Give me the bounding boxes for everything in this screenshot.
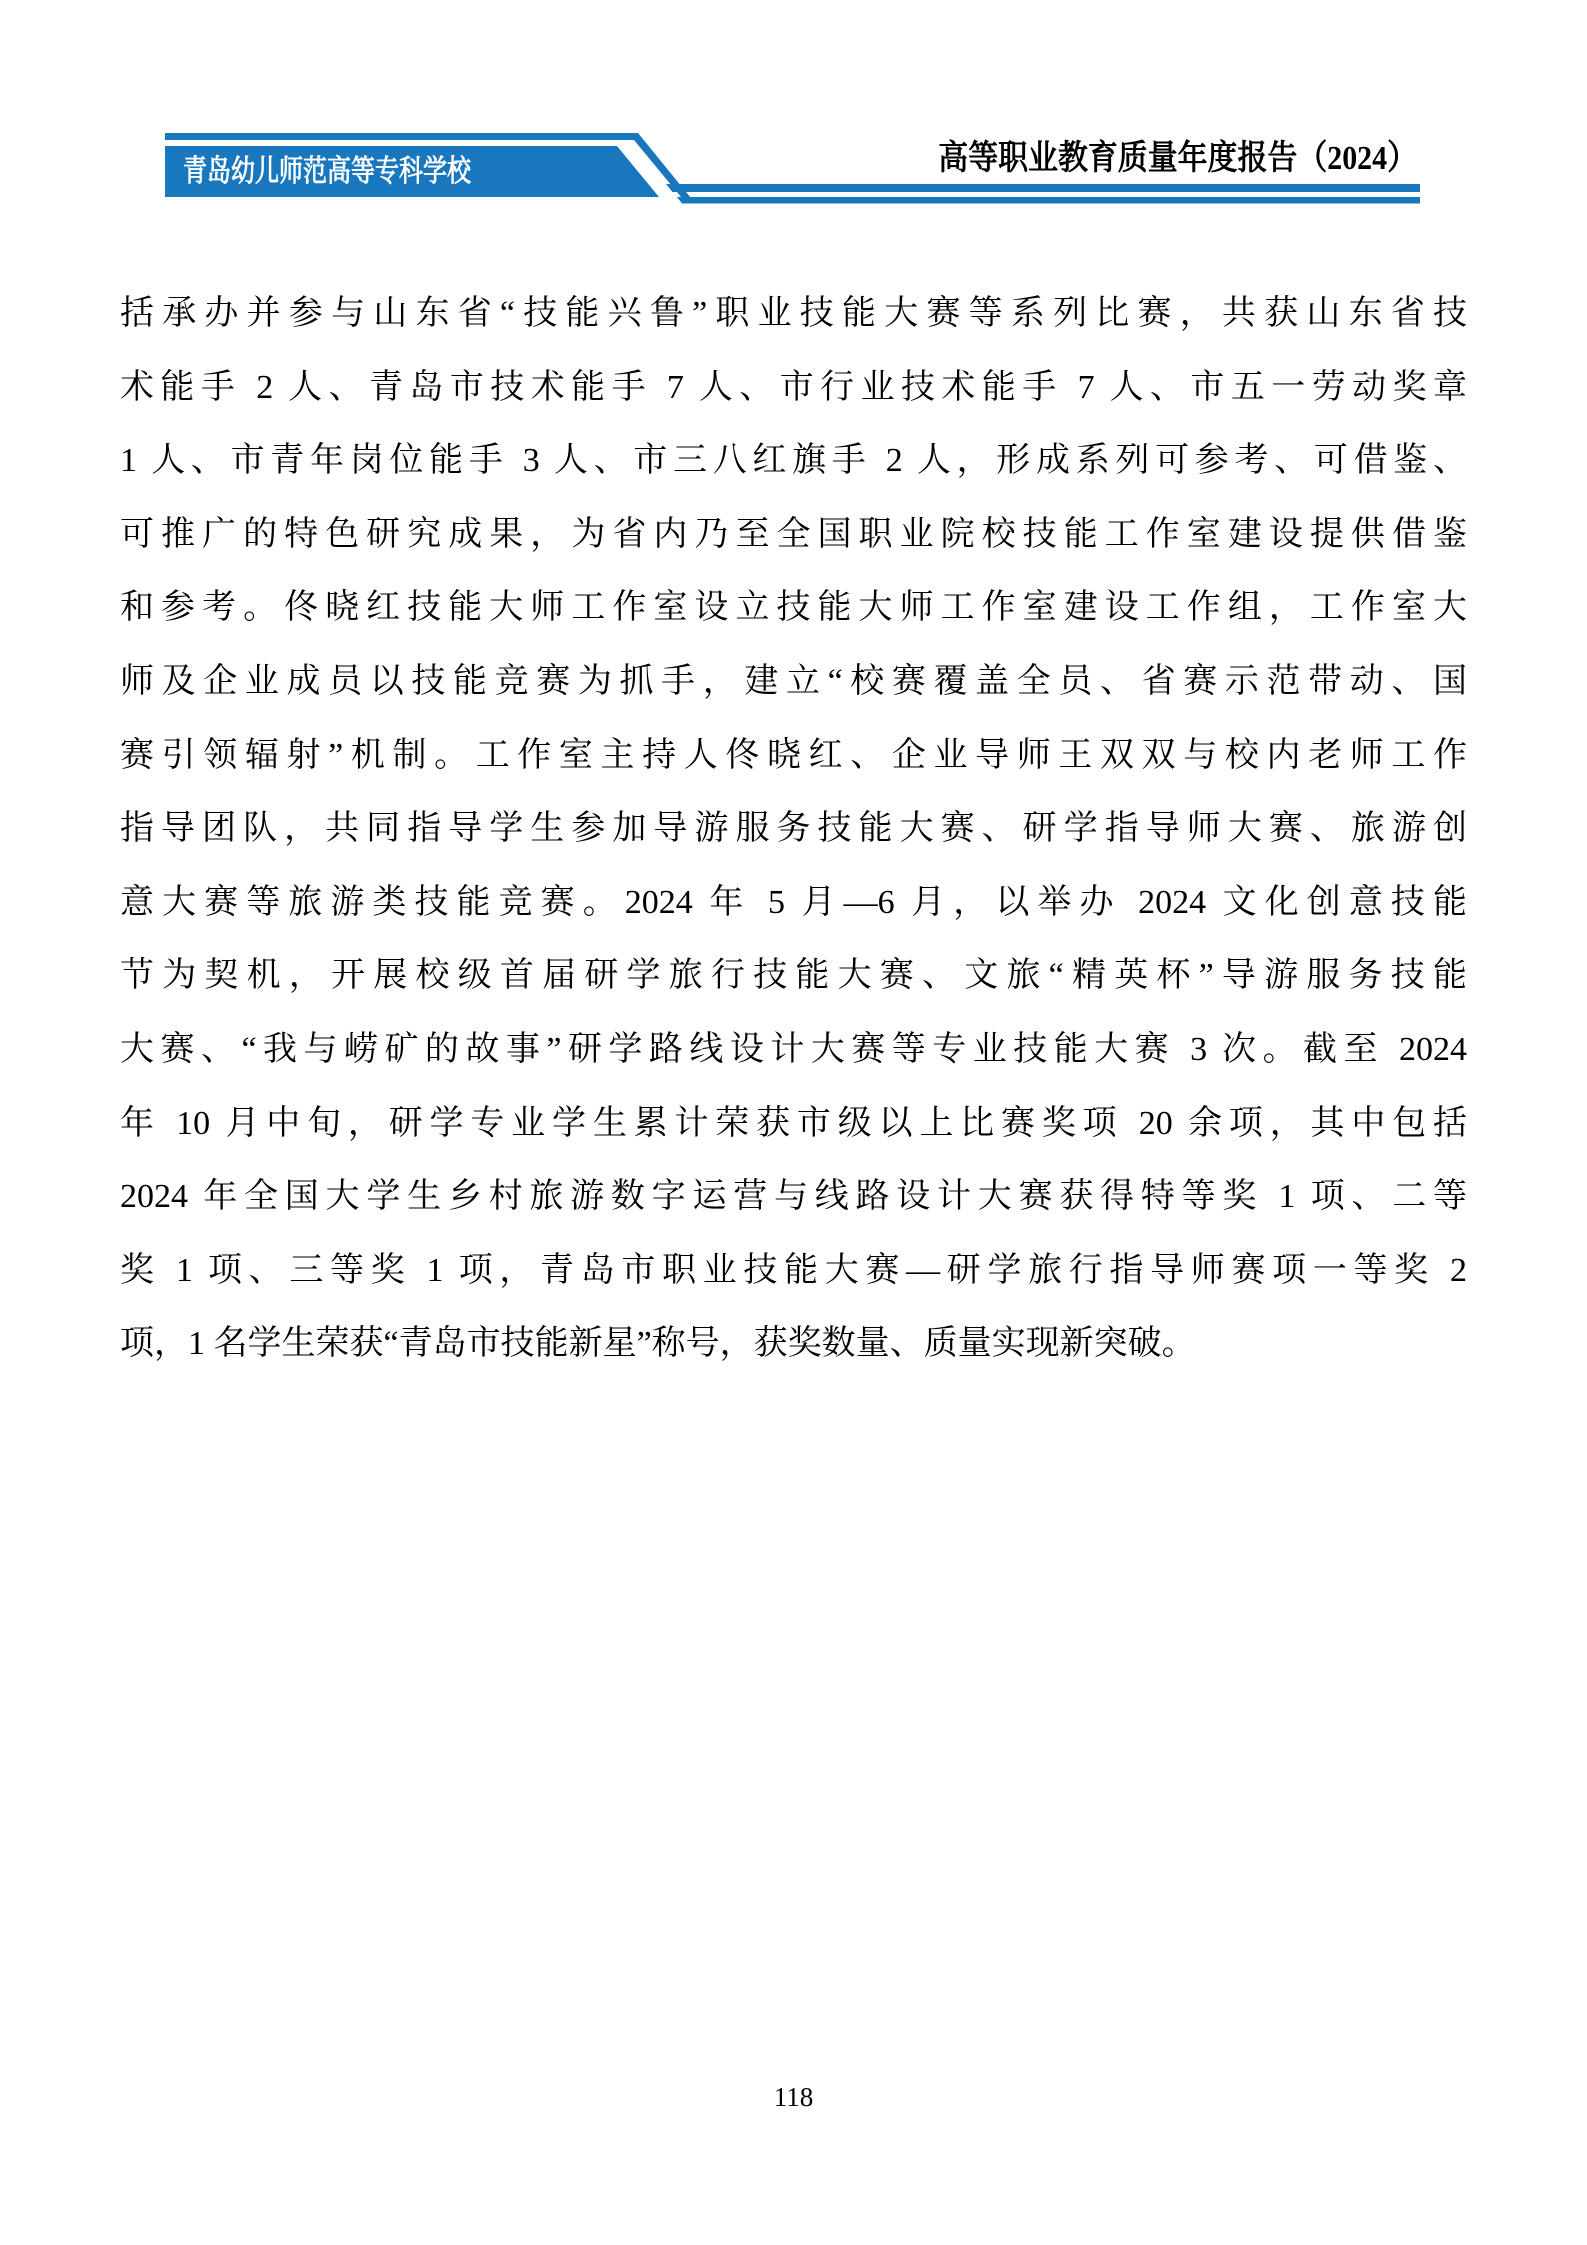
paragraph-line: 意大赛等旅游类技能竞赛。2024 年 5 月—6 月，以举办 2024 文化创意… [120,866,1467,940]
paragraph-line: 和参考。佟晓红技能大师工作室设立技能大师工作室建设工作组，工作室大 [120,571,1467,645]
paragraph-line: 术能手 2 人、青岛市技术能手 7 人、市行业技术能手 7 人、市五一劳动奖章 [120,351,1467,425]
paragraph-line: 指导团队，共同指导学生参加导游服务技能大赛、研学指导师大赛、旅游创 [120,792,1467,866]
paragraph-line: 项，1 名学生荣获“青岛市技能新星”称号，获奖数量、质量实现新突破。 [120,1307,1467,1381]
paragraph-line: 奖 1 项、三等奖 1 项，青岛市职业技能大赛—研学旅行指导师赛项一等奖 2 [120,1234,1467,1308]
paragraph-line: 节为契机，开展校级首届研学旅行技能大赛、文旅“精英杯”导游服务技能 [120,939,1467,1013]
paragraph-line: 年 10 月中旬，研学专业学生累计荣获市级以上比赛奖项 20 余项，其中包括 [120,1087,1467,1161]
paragraph-line: 大赛、“我与崂矿的故事”研学路线设计大赛等专业技能大赛 3 次。截至 2024 [120,1013,1467,1087]
body-paragraph: 括承办并参与山东省“技能兴鲁”职业技能大赛等系列比赛，共获山东省技术能手 2 人… [120,277,1467,1381]
document-page: 青岛幼儿师范高等专科学校 高等职业教育质量年度报告（2024） 括承办并参与山东… [0,0,1587,2245]
header-stripe-bottom [677,197,1420,204]
paragraph-line: 赛引领辐射”机制。工作室主持人佟晓红、企业导师王双双与校内老师工作 [120,719,1467,793]
paragraph-line: 括承办并参与山东省“技能兴鲁”职业技能大赛等系列比赛，共获山东省技 [120,277,1467,351]
paragraph-line: 师及企业成员以技能竞赛为抓手，建立“校赛覆盖全员、省赛示范带动、国 [120,645,1467,719]
paragraph-line: 2024 年全国大学生乡村旅游数字运营与线路设计大赛获得特等奖 1 项、二等 [120,1160,1467,1234]
paragraph-line: 1 人、市青年岗位能手 3 人、市三八红旗手 2 人，形成系列可参考、可借鉴、 [120,424,1467,498]
paragraph-line: 可推广的特色研究成果，为省内乃至全国职业院校技能工作室建设提供借鉴 [120,498,1467,572]
school-name: 青岛幼儿师范高等专科学校 [183,146,471,197]
page-number: 118 [0,2082,1587,2113]
report-title: 高等职业教育质量年度报告（2024） [938,138,1417,180]
header-stripe-top [666,184,1420,192]
